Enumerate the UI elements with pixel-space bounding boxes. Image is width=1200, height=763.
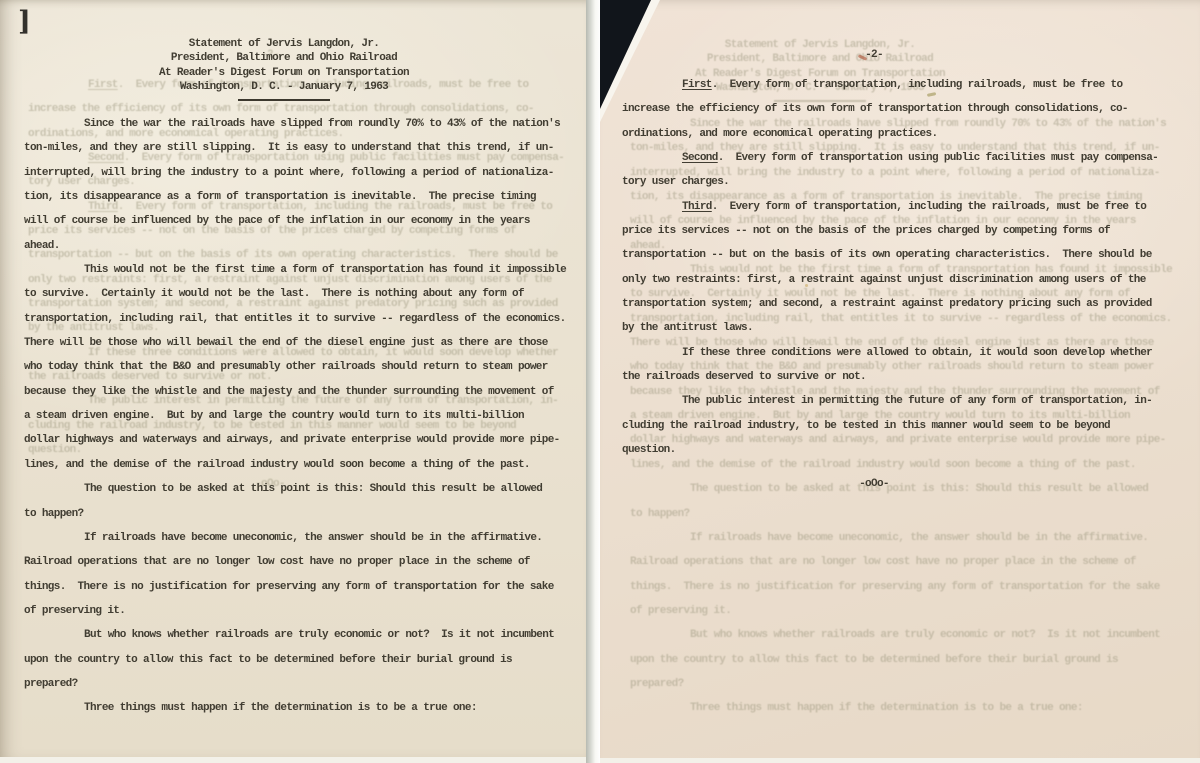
- text-line: If railroads have become uneconomic, the…: [630, 526, 1190, 550]
- text-line: to happen?: [24, 502, 576, 526]
- text-line: who today think that the B&O and presuma…: [24, 355, 576, 379]
- page2-body-text: First. Every form of transportation, inc…: [622, 73, 1190, 463]
- text-line: interrupted, will bring the industry to …: [24, 161, 576, 185]
- text-line: Railroad operations that are no longer l…: [24, 550, 576, 574]
- page-number: -2-: [600, 49, 1148, 61]
- text-line: only two restraints: first, a restraint …: [622, 268, 1190, 292]
- text-line: There will be those who will bewail the …: [24, 331, 576, 355]
- text-line: First. Every form of transportation, inc…: [622, 73, 1190, 97]
- text-line: of preserving it.: [630, 599, 1190, 623]
- text-line: to survive. Certainly it would not be th…: [24, 282, 576, 306]
- paragraph: But who knows whether railroads are trul…: [24, 623, 576, 696]
- text-line: transportation, including rail, that ent…: [24, 307, 576, 331]
- text-line: tory user charges.: [622, 170, 1190, 194]
- text-line: ahead.: [24, 234, 576, 258]
- text-line: Three things must happen if the determin…: [630, 696, 1190, 720]
- text-line: things. There is no justification for pr…: [630, 575, 1190, 599]
- paragraph: The public interest in permitting the fu…: [622, 389, 1190, 462]
- title-block: Statement of Jervis Langdon, Jr. Preside…: [88, 37, 480, 101]
- text-line: Railroad operations that are no longer l…: [630, 550, 1190, 574]
- text-line: will of course be influenced by the pace…: [24, 209, 576, 233]
- scanned-document: -2- First. Every form of transportation,…: [0, 0, 1200, 763]
- text-line: Third. Every form of transportation, inc…: [622, 195, 1190, 219]
- paragraph: Three things must happen if the determin…: [24, 696, 576, 720]
- title-rule: [238, 99, 330, 101]
- text-line: lines, and the demise of the railroad in…: [24, 453, 576, 477]
- page-gap: [586, 0, 600, 763]
- text-line: upon the country to allow this fact to b…: [630, 648, 1190, 672]
- paragraph: But who knows whether railroads are trul…: [630, 623, 1190, 696]
- text-line: price its services -- not on the basis o…: [622, 219, 1190, 243]
- page-1: -2- First. Every form of transportation,…: [0, 0, 586, 757]
- text-line: prepared?: [24, 672, 576, 696]
- page-2: Statement of Jervis Langdon, Jr. Preside…: [600, 0, 1200, 758]
- text-line: upon the country to allow this fact to b…: [24, 648, 576, 672]
- paragraph: If railroads have become uneconomic, the…: [24, 526, 576, 623]
- title-line-3: At Reader's Digest Forum on Transportati…: [88, 66, 480, 80]
- title-line-2: President, Baltimore and Ohio Railroad: [88, 51, 480, 65]
- text-line: This would not be the first time a form …: [24, 258, 576, 282]
- paragraph: If railroads have become uneconomic, the…: [630, 526, 1190, 623]
- paragraph: Third. Every form of transportation, inc…: [622, 195, 1190, 341]
- text-line: ton-miles, and they are still slipping. …: [24, 136, 576, 160]
- paragraph: Second. Every form of transportation usi…: [622, 146, 1190, 195]
- text-line: transportation -- but on the basis of it…: [622, 243, 1190, 267]
- text-line: prepared?: [630, 672, 1190, 696]
- text-line: because they like the whistle and the ma…: [24, 380, 576, 404]
- title-line-1: Statement of Jervis Langdon, Jr.: [88, 37, 480, 51]
- text-line: of preserving it.: [24, 599, 576, 623]
- text-line: increase the efficiency of its own form …: [622, 97, 1190, 121]
- text-line: If these three conditions were allowed t…: [622, 341, 1190, 365]
- text-line: question.: [622, 438, 1190, 462]
- text-line: the railroads deserved to survive or not…: [622, 365, 1190, 389]
- text-line: transportation system; and second, a res…: [622, 292, 1190, 316]
- text-line: tion, its disappearance as a form of tra…: [24, 185, 576, 209]
- scan-speck: [805, 284, 808, 287]
- text-line: cluding the railroad industry, to be tes…: [622, 414, 1190, 438]
- paragraph: If these three conditions were allowed t…: [622, 341, 1190, 390]
- text-line: Three things must happen if the determin…: [24, 696, 576, 720]
- margin-bracket-mark: ]: [18, 6, 30, 37]
- text-line: a steam driven engine. But by and large …: [24, 404, 576, 428]
- text-line: The question to be asked at this point i…: [24, 477, 576, 501]
- text-line: ordinations, and more economical operati…: [622, 122, 1190, 146]
- text-line: But who knows whether railroads are trul…: [630, 623, 1190, 647]
- title-line-4: Washington, D. C. - January 7, 1963: [88, 80, 480, 94]
- text-line: But who knows whether railroads are trul…: [24, 623, 576, 647]
- paragraph: This would not be the first time a form …: [24, 258, 576, 477]
- paragraph: The question to be asked at this point i…: [24, 477, 576, 526]
- text-line: things. There is no justification for pr…: [24, 575, 576, 599]
- paragraph: Three things must happen if the determin…: [630, 696, 1190, 720]
- closing-mark: -oOo-: [600, 478, 1148, 490]
- text-line: by the antitrust laws.: [622, 316, 1190, 340]
- page1-body-text: Since the war the railroads have slipped…: [24, 112, 576, 721]
- text-line: The public interest in permitting the fu…: [622, 389, 1190, 413]
- paragraph: Since the war the railroads have slipped…: [24, 112, 576, 258]
- text-line: to happen?: [630, 502, 1190, 526]
- text-line: dollar highways and waterways and airway…: [24, 428, 576, 452]
- paragraph: First. Every form of transportation, inc…: [622, 73, 1190, 146]
- text-line: Since the war the railroads have slipped…: [24, 112, 576, 136]
- text-line: Second. Every form of transportation usi…: [622, 146, 1190, 170]
- text-line: If railroads have become uneconomic, the…: [24, 526, 576, 550]
